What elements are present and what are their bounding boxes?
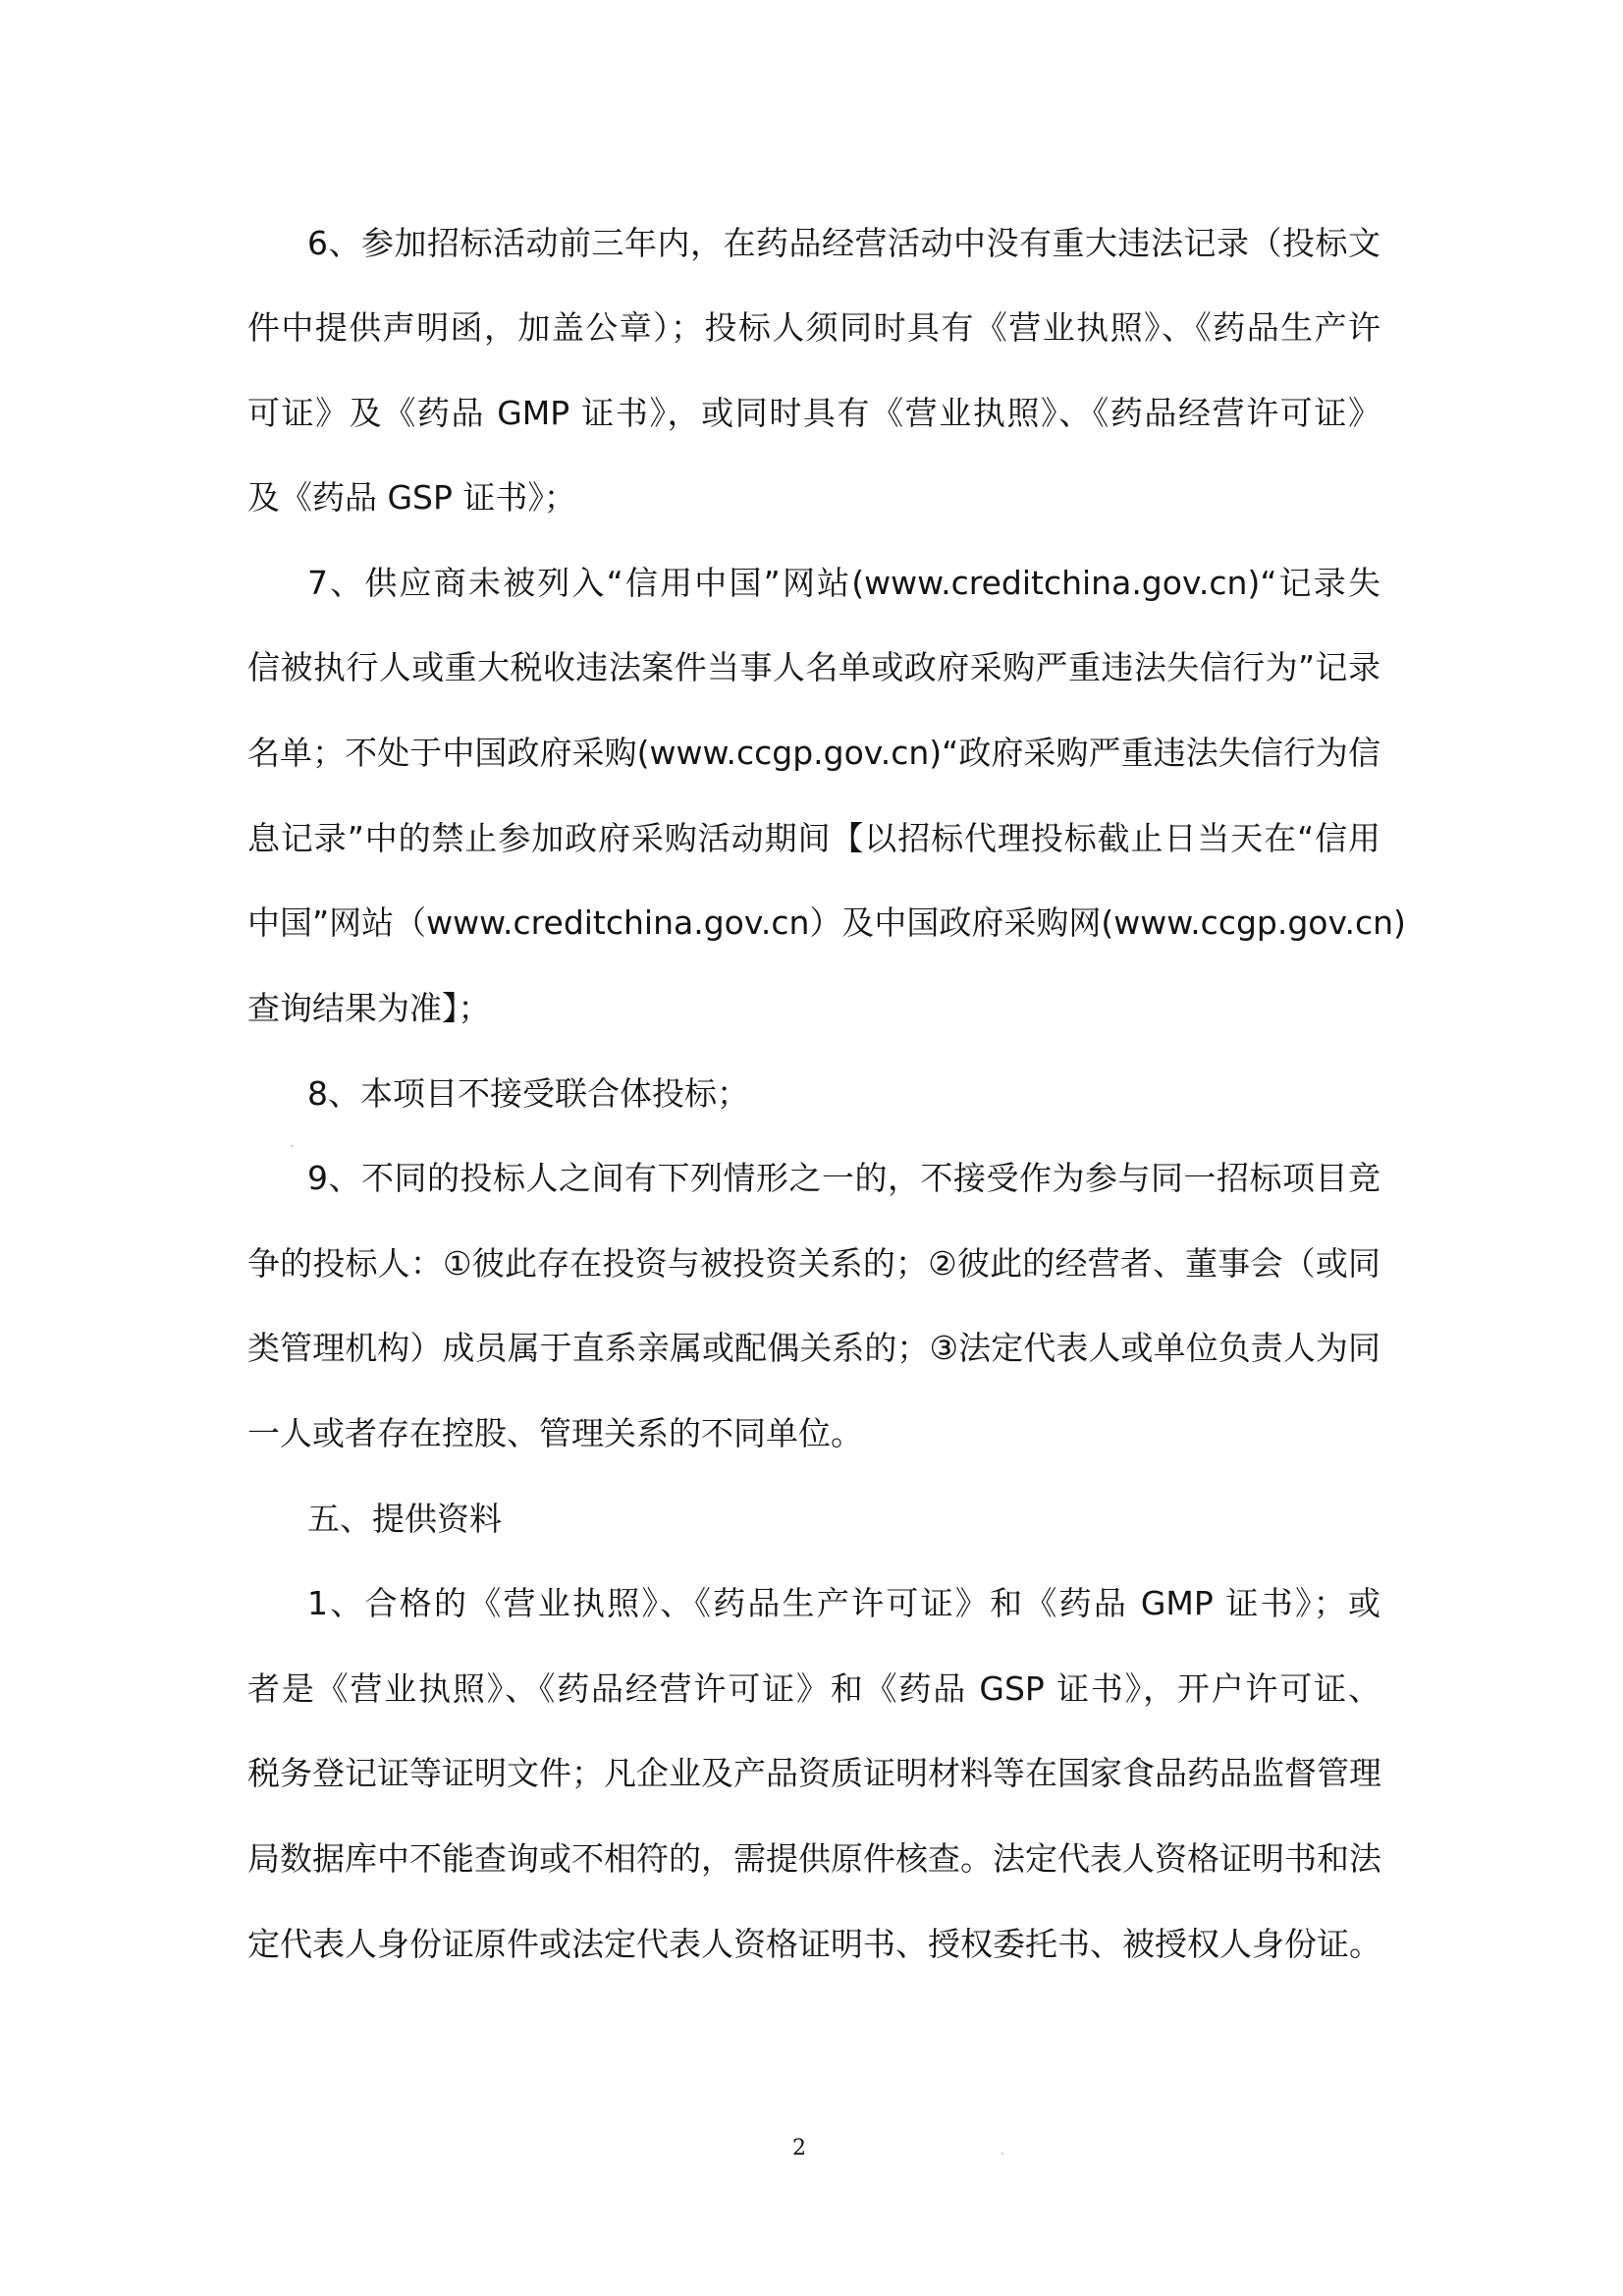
item-6-line-3: 可证》及《药品 GMP 证书》，或同时具有《营业执照》、《药品经营许可证》 — [247, 394, 1380, 433]
item-7-line-5: 中国”网站（www.creditchina.gov.cn）及中国政府采购网(ww… — [247, 903, 1380, 943]
section-5-item-1-line-4: 局数据库中不能查询或不相符的，需提供原件核查。法定代表人资格证明书和法 — [247, 1839, 1380, 1879]
scan-speck — [291, 1145, 293, 1147]
item-9-line-2: 争的投标人：①彼此存在投资与被投资关系的；②彼此的经营者、董事会（或同 — [247, 1244, 1380, 1284]
item-7-line-1: 7、供应商未被列入“信用中国”网站(www.creditchina.gov.cn… — [307, 564, 1380, 603]
item-7-line-4: 息记录”中的禁止参加政府采购活动期间【以招标代理投标截止日当天在“信用 — [247, 819, 1380, 858]
item-8-line-1: 8、本项目不接受联合体投标； — [307, 1074, 1380, 1114]
item-7-line-6: 查询结果为准】； — [247, 989, 1380, 1028]
section-heading: 五、提供资料 — [307, 1500, 1380, 1539]
section-5-item-1-line-3: 税务登记证等证明文件；凡企业及产品资质证明材料等在国家食品药品监督管理 — [247, 1754, 1380, 1793]
item-7-line-2: 信被执行人或重大税收违法案件当事人名单或政府采购严重违法失信行为”记录 — [247, 648, 1380, 687]
item-6-line-2: 件中提供声明函，加盖公章）；投标人须同时具有《营业执照》、《药品生产许 — [247, 308, 1380, 348]
document-page: 6、参加招标活动前三年内，在药品经营活动中没有重大违法记录（投标文 件中提供声明… — [0, 0, 1623, 2296]
section-5-item-1-line-5: 定代表人身份证原件或法定代表人资格证明书、授权委托书、被授权人身份证。 — [247, 1925, 1380, 1964]
item-9-line-1: 9、不同的投标人之间有下列情形之一的，不接受作为参与同一招标项目竞 — [307, 1159, 1380, 1198]
item-7-line-3: 名单；不处于中国政府采购(www.ccgp.gov.cn)“政府采购严重违法失信… — [247, 734, 1380, 773]
item-6-line-4: 及《药品 GSP 证书》； — [247, 478, 1380, 518]
item-9-line-3: 类管理机构）成员属于直系亲属或配偶关系的；③法定代表人或单位负责人为同 — [247, 1329, 1380, 1368]
page-number: 2 — [785, 2135, 813, 2162]
section-5-item-1-line-2: 者是《营业执照》、《药品经营许可证》和《药品 GSP 证书》，开户许可证、 — [247, 1669, 1380, 1709]
section-5-item-1-line-1: 1、合格的《营业执照》、《药品生产许可证》和《药品 GMP 证书》；或 — [307, 1584, 1380, 1623]
scan-speck — [1001, 2153, 1003, 2155]
item-6-line-1: 6、参加招标活动前三年内，在药品经营活动中没有重大违法记录（投标文 — [307, 224, 1380, 263]
item-9-line-4: 一人或者存在控股、管理关系的不同单位。 — [247, 1414, 1380, 1453]
